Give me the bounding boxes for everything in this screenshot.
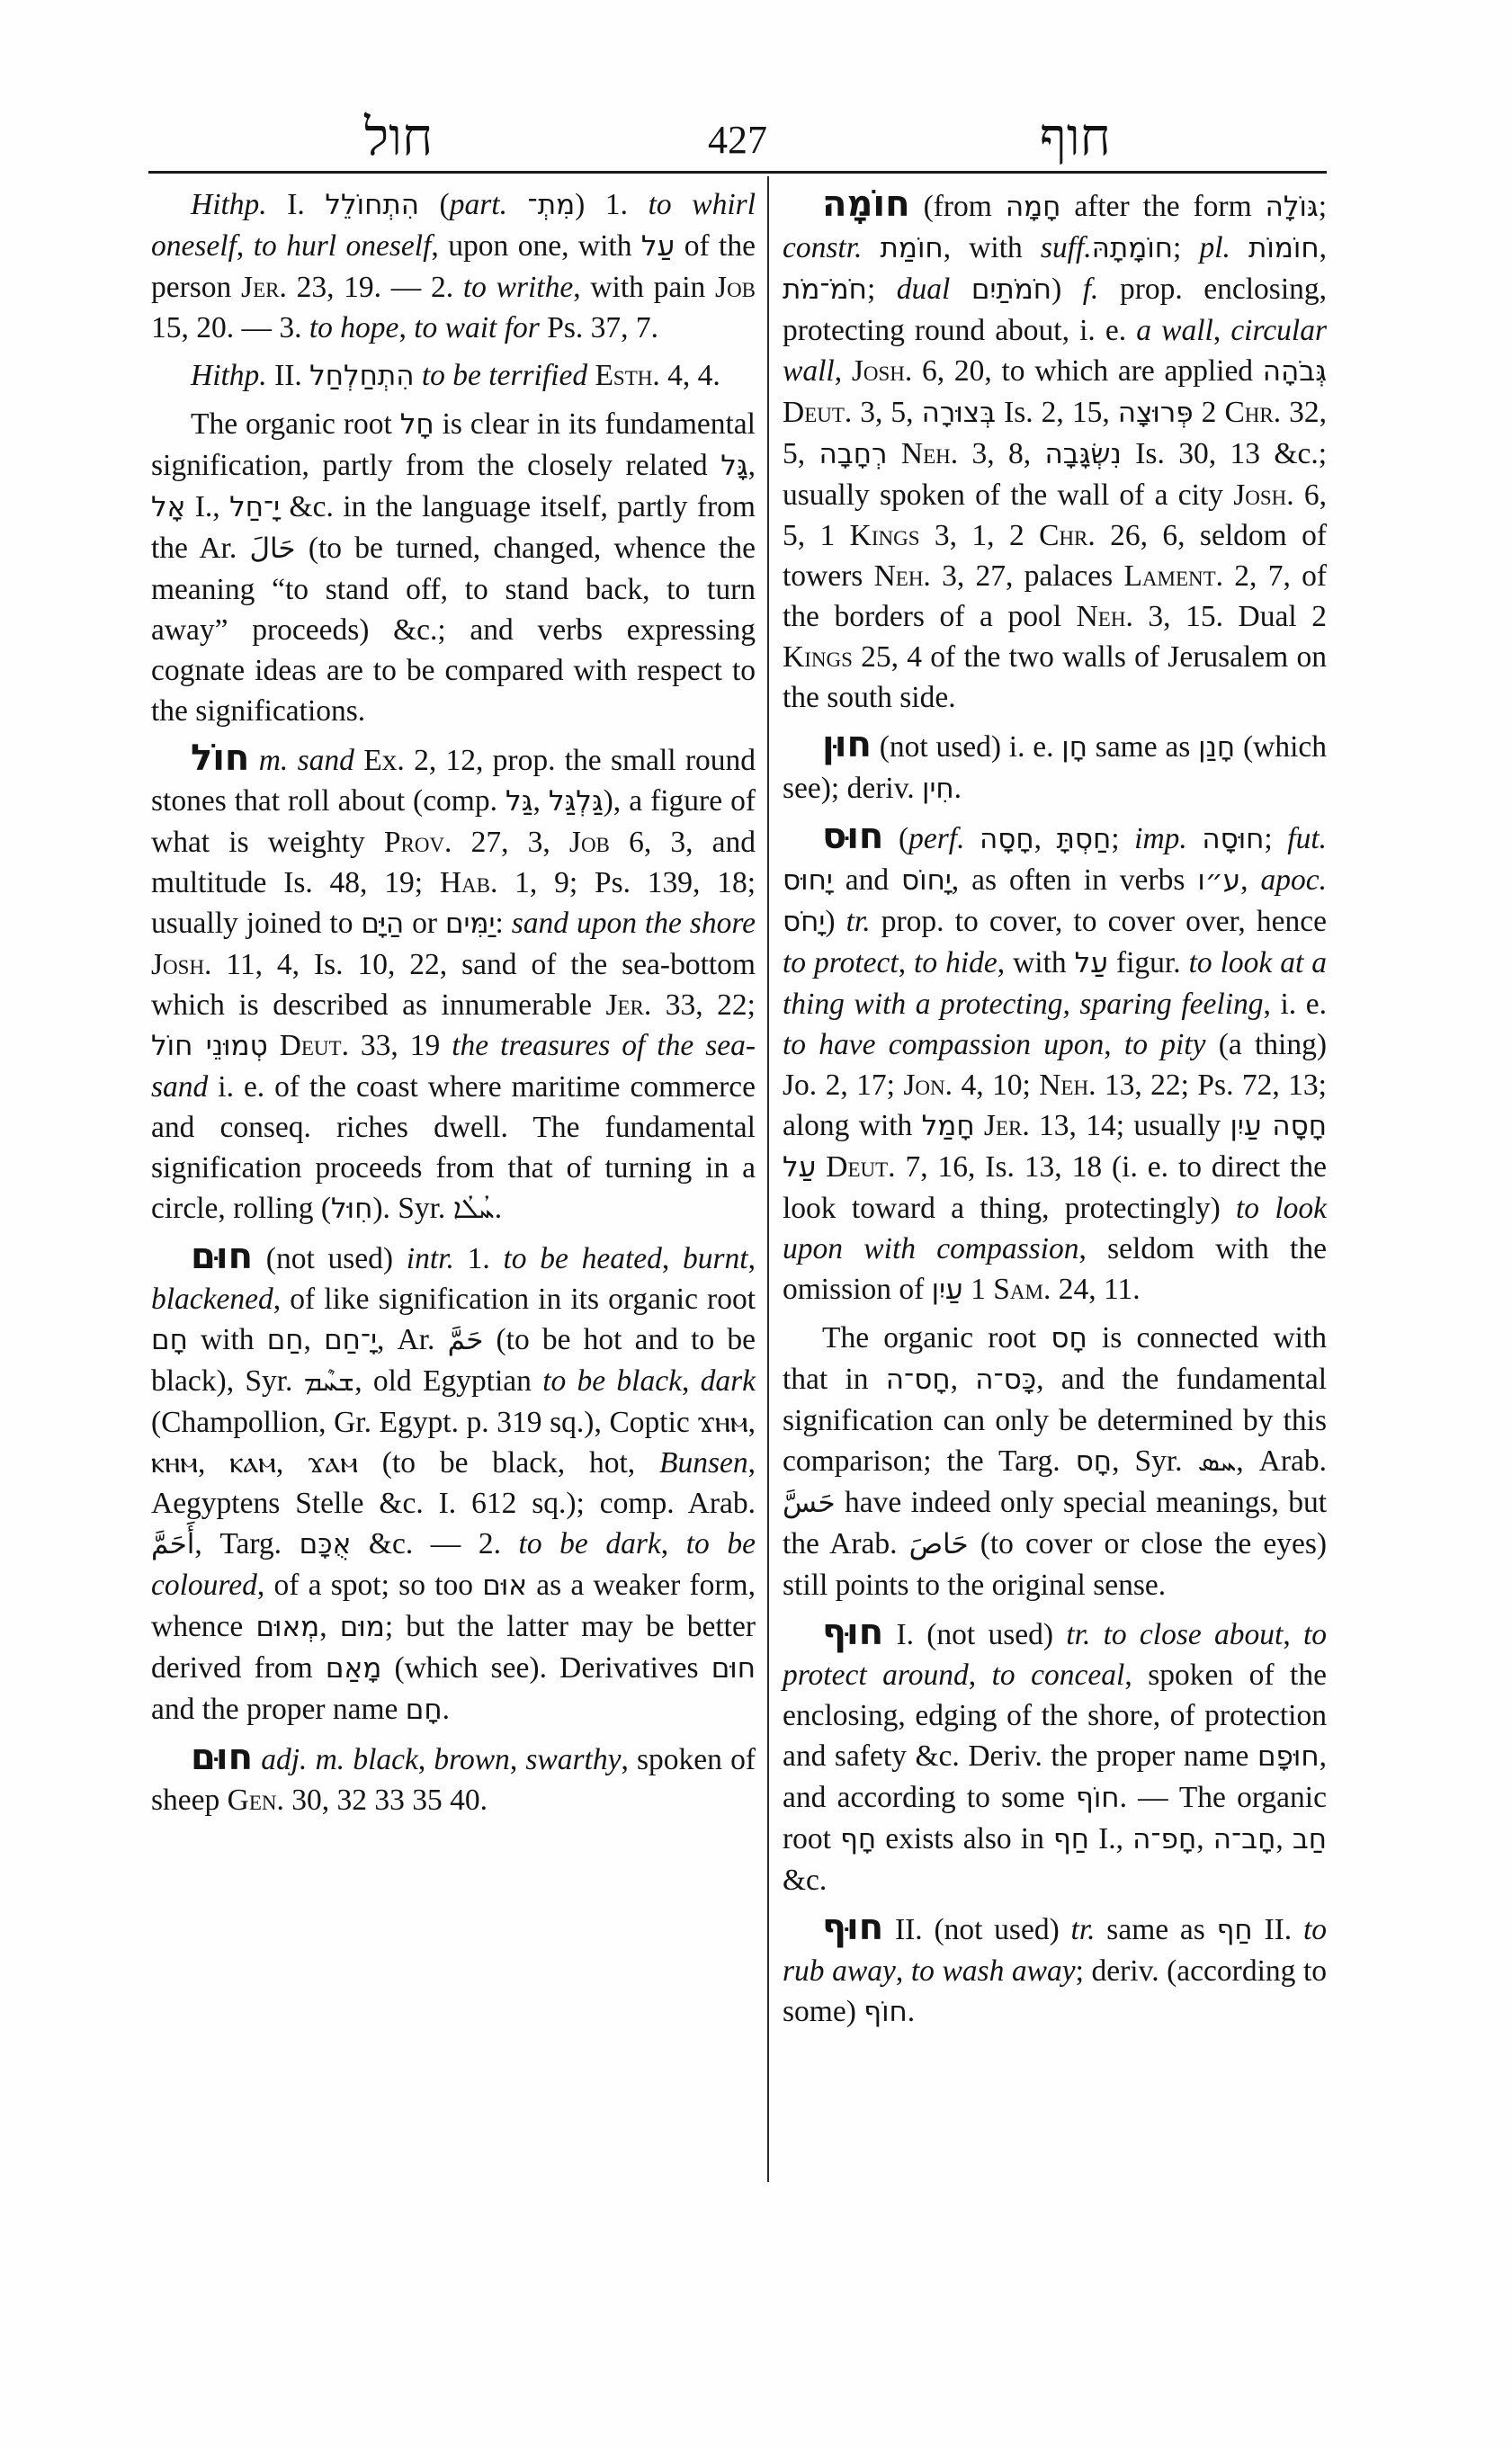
headword: חוּן [822, 724, 872, 765]
italic-gloss: apoc. [1261, 863, 1328, 897]
entry-text: ) [825, 905, 845, 938]
cognate-word: حَاصَ [909, 1528, 969, 1560]
book-reference: Kings [850, 519, 920, 552]
entry-text: 4, 4. [660, 359, 720, 392]
entry-text: , [237, 229, 254, 263]
entry-text: II. [1253, 1913, 1303, 1946]
headword: חוּם [191, 1236, 253, 1277]
hebrew-word: אוּם [482, 1569, 527, 1602]
entry-text [816, 1150, 826, 1184]
entry-text: . [443, 1693, 450, 1726]
italic-gloss: adj. m. black [261, 1743, 418, 1776]
entry-text: (which see). Derivatives [381, 1651, 711, 1685]
right-catchword: חוף [1040, 106, 1111, 167]
book-reference: Chr. [1039, 519, 1096, 552]
entry-text: , [319, 1610, 340, 1643]
italic-gloss: to be dark [519, 1527, 661, 1560]
book-reference: Kings [783, 640, 853, 674]
hebrew-word: חָנַן [1198, 731, 1235, 764]
book-reference: Josh. [151, 948, 211, 981]
entry-text: , i. e. [1264, 988, 1327, 1021]
dictionary-entry: The organic root חָל is clear in its fun… [151, 404, 756, 731]
dictionary-entry: Hithp. II. הִתְחַלְחַל to be terrified E… [151, 355, 756, 397]
dictionary-entry: חוֹמָה (from חָמָה after the form גּוֹלָ… [783, 184, 1327, 718]
entry-text: prop. to cover, to cover over, hence [871, 905, 1327, 938]
entry-text: (from [910, 190, 1006, 223]
book-reference: Lament. [1123, 559, 1223, 593]
entry-text: and [833, 863, 901, 897]
italic-gloss: to wash away [911, 1954, 1076, 1988]
italic-gloss: to conceal [992, 1659, 1125, 1692]
entry-text: , [532, 784, 548, 818]
entry-text [887, 437, 900, 470]
entry-text [950, 273, 971, 306]
hebrew-word: כָּס־ה [975, 1364, 1036, 1396]
entry-text: 1. [454, 1242, 504, 1275]
entry-text: The organic root [191, 407, 400, 441]
entry-text [1187, 822, 1203, 855]
entry-text: , [896, 1954, 911, 1988]
entry-text: , [1196, 1822, 1212, 1855]
hebrew-word: פְּרוּצָה [1118, 397, 1194, 429]
hebrew-word: נִשְׂגָּבָה [1045, 438, 1122, 470]
italic-gloss: to be heated [503, 1242, 661, 1275]
headword: חוּף [822, 1612, 883, 1653]
page-number: 427 [148, 117, 1327, 163]
entry-text: I. (not used) [883, 1618, 1066, 1651]
entry-text: &c. [783, 1864, 827, 1897]
entry-text: ; [1173, 231, 1199, 264]
book-reference: Job [569, 826, 610, 859]
entry-text: same as [1096, 1913, 1217, 1946]
hebrew-word: הִתְחַלְחַל [309, 360, 414, 392]
hebrew-word: חוֹף [863, 1996, 908, 2028]
hebrew-word: חָמָה [1006, 191, 1061, 223]
book-reference: Jon. [903, 1069, 953, 1102]
cognate-word: ܚܣ [1198, 1445, 1237, 1478]
dictionary-entry: חוּם adj. m. black, brown, swarthy, spok… [151, 1738, 756, 1820]
book-reference: Neh. [1077, 600, 1133, 633]
italic-gloss: blackened [151, 1283, 273, 1316]
italic-gloss: intr. [407, 1242, 454, 1275]
book-reference: Josh. [852, 354, 912, 388]
italic-gloss: to be terrified [422, 359, 587, 392]
dictionary-entry: The organic root חָס is connected with t… [783, 1318, 1327, 1605]
running-head: חול 427 חוף [148, 106, 1327, 169]
book-reference: Josh. [1233, 478, 1293, 512]
hebrew-word: מְאוּם [255, 1611, 319, 1643]
entry-text: Is. 2, 15, [996, 396, 1118, 429]
entry-text: (not used) [253, 1242, 407, 1275]
hebrew-word: גּוֹלָה [1266, 191, 1319, 223]
entry-text: ( [883, 822, 908, 855]
entry-text: 3, 8, [958, 437, 1044, 470]
entry-text: figur. [1108, 946, 1189, 979]
entry-text: , [1275, 1822, 1292, 1855]
hebrew-word: חָב־ה [1213, 1823, 1276, 1855]
entry-text: 27, 3, [452, 826, 568, 859]
italic-gloss: to hide [914, 946, 998, 979]
entry-text: , [661, 1527, 686, 1560]
entry-text: , [969, 1659, 992, 1692]
entry-text: ; [1111, 822, 1134, 855]
entry-text: 30, 32 33 35 40. [284, 1784, 488, 1817]
italic-gloss: to be black [542, 1364, 682, 1398]
hebrew-word: מוּם [340, 1611, 385, 1643]
entry-text [964, 822, 980, 855]
entry-text: , Ar. [377, 1323, 448, 1356]
entry-text: I., [185, 490, 229, 523]
hebrew-word: יָ־חַל [229, 491, 280, 523]
entry-text: , with [944, 231, 1041, 264]
dictionary-entry: חוֹל m. sand Ex. 2, 12, prop. the small … [151, 738, 756, 1229]
headword: חוּם [191, 1737, 253, 1778]
book-reference: Prov. [384, 826, 452, 859]
dictionary-entry: חוּן (not used) i. e. חָן same as חָנַן … [783, 725, 1327, 809]
book-reference: Job [715, 271, 756, 304]
entry-text [253, 1743, 261, 1776]
entry-text: 3, 27, palaces [931, 559, 1124, 593]
entry-text: exists also in [876, 1822, 1053, 1855]
italic-gloss: burnt [683, 1242, 748, 1275]
italic-gloss: constr. [783, 231, 862, 264]
book-reference: Sam. [993, 1273, 1051, 1306]
hebrew-word: חוּסָה [1202, 823, 1264, 855]
entry-text: , old Egyptian [354, 1364, 542, 1398]
book-reference: Neh. [874, 559, 931, 593]
entry-text: and the proper name [151, 1693, 406, 1726]
book-reference: Jer. [241, 271, 287, 304]
hebrew-word: חַף [1053, 1823, 1089, 1855]
italic-gloss: fut. [1287, 822, 1327, 855]
italic-gloss: pl. [1199, 231, 1230, 264]
dictionary-entry: חוּף I. (not used) tr. to close about, t… [783, 1613, 1327, 1900]
italic-gloss: perf. [908, 822, 964, 855]
hebrew-word: גַּל [505, 785, 532, 818]
entry-text: 13, 14; usually [1030, 1109, 1230, 1142]
italic-gloss: a wall [1136, 314, 1213, 347]
hebrew-word: אֻכָּם [300, 1528, 352, 1560]
headword: חוּס [822, 816, 883, 857]
cognate-word: ܚܳܠܳܐ [453, 1193, 495, 1225]
entry-text: , upon one, with [431, 229, 641, 263]
italic-gloss: imp. [1134, 822, 1187, 855]
right-column: חוֹמָה (from חָמָה after the form גּוֹלָ… [783, 184, 1327, 2040]
entry-text: I., [1089, 1822, 1132, 1855]
book-reference: Chr. [1224, 396, 1281, 429]
entry-text: 4, 10; [953, 1069, 1039, 1102]
entry-text: , with pain [573, 271, 715, 304]
italic-gloss: to close about [1104, 1618, 1284, 1651]
hebrew-word: מִתְ־ [528, 189, 576, 221]
book-reference: Neh. [901, 437, 958, 470]
hebrew-word: עַיִן [932, 1274, 963, 1306]
italic-gloss: to hurl oneself [254, 229, 432, 263]
hebrew-word: חָפ־ה [1132, 1823, 1196, 1855]
hebrew-word: חַם [267, 1324, 304, 1356]
entry-text: 2 [1194, 396, 1225, 429]
entry-text: , [1320, 231, 1327, 264]
headword: חוּף [822, 1907, 883, 1948]
cognate-word: أَحَمَّ [151, 1528, 194, 1560]
hebrew-word: חוֹמָתָהּ [1092, 232, 1173, 264]
hebrew-word: רְחָבָה [819, 438, 888, 470]
entry-text: or [404, 907, 445, 940]
cognate-word: حَالَ [249, 532, 295, 565]
entry-text: , [1283, 1618, 1303, 1651]
book-reference: Esth. [595, 359, 659, 392]
hebrew-word: חַסְתָּ [1057, 823, 1112, 855]
book-reference: Jer. [984, 1109, 1030, 1142]
entry-text [862, 231, 880, 264]
italic-gloss: m. sand [259, 744, 354, 777]
dictionary-entry: חוּף II. (not used) tr. same as חַף II. … [783, 1908, 1327, 2033]
entry-text: 3, 1, 2 [920, 519, 1040, 552]
entry-text: Ps. 37, 7. [540, 311, 658, 344]
italic-gloss: to protect [783, 946, 899, 979]
left-column: Hithp. I. הִתְחוֹלֵל (part. מִתְ־) 1. to… [151, 184, 756, 1828]
entry-text: same as [1087, 730, 1198, 764]
hebrew-word: חוּפָם [1257, 1740, 1320, 1773]
entry-text: 3, 5, [852, 396, 921, 429]
entry-text: 33, 22; [651, 988, 756, 1022]
hebrew-word: חָן [1061, 731, 1087, 764]
entry-text: ; [1264, 822, 1287, 855]
headword: חוֹמָה [822, 183, 910, 225]
entry-text: The organic root [822, 1321, 1051, 1355]
hebrew-word: חַף [1217, 1914, 1253, 1946]
entry-text: , Syr. [1112, 1444, 1198, 1478]
hebrew-word: חָם [151, 1324, 188, 1356]
italic-gloss: dark [701, 1364, 756, 1398]
entry-text: 33, 19 [349, 1029, 452, 1062]
entry-text: , [835, 354, 852, 388]
hebrew-word: חָף [840, 1823, 876, 1855]
hebrew-word: ע״ו [1197, 864, 1240, 897]
hebrew-word: יָ־חַם [324, 1324, 377, 1356]
hebrew-word: יָחוֹס [901, 864, 952, 897]
italic-gloss: to writhe [463, 271, 573, 304]
entry-text: , as often in verbs [952, 863, 1198, 897]
hebrew-word: חָס [1051, 1322, 1087, 1355]
entry-text [249, 744, 258, 777]
hebrew-word: חָל [400, 408, 434, 441]
italic-gloss: tr. [1071, 1913, 1096, 1946]
dictionary-entry: חוּס (perf. חָסָה, חַסְתָּ; imp. חוּסָה;… [783, 817, 1327, 1310]
cognate-word: ܫܚܶܡ [304, 1365, 355, 1398]
hebrew-word: יָחֹס [783, 906, 825, 938]
entry-text: , of like signification in its organic r… [273, 1283, 756, 1316]
hebrew-word: גָּל [720, 450, 747, 482]
entry-text: &c. — 2. [351, 1527, 518, 1560]
entry-text: ( [419, 188, 450, 221]
italic-gloss: f. [1083, 273, 1099, 306]
entry-text: ; [867, 273, 897, 306]
hebrew-word: אָל [151, 491, 185, 523]
entry-text: 6, 20, to which are applied [912, 354, 1263, 388]
book-reference: Deut. [826, 1150, 895, 1184]
entry-text: , [682, 1364, 701, 1398]
entry-text: (not used) i. e. [872, 730, 1061, 764]
entry-text: 15, 20. — 3. [151, 311, 309, 344]
hebrew-word: חוֹף [1076, 1782, 1120, 1814]
entry-text: , [1213, 314, 1230, 347]
hebrew-word: חוֹמוֹת [1248, 232, 1320, 264]
italic-gloss: part. [450, 188, 507, 221]
entry-text: , Targ. [194, 1527, 299, 1560]
entry-text: , [662, 1242, 683, 1275]
hebrew-word: חִין [922, 773, 954, 805]
hebrew-word: יָחוּס [783, 864, 833, 897]
italic-gloss: brown [434, 1743, 509, 1776]
dictionary-entry: חוּם (not used) intr. 1. to be heated, b… [151, 1237, 756, 1730]
hebrew-word: חָסָה [980, 823, 1034, 855]
cognate-word: حَسَّ [783, 1487, 836, 1519]
entry-text: 3, 15. Dual 2 [1133, 600, 1327, 633]
hebrew-word: יַמִּים [445, 908, 496, 940]
italic-gloss: Hithp. [191, 188, 267, 221]
hebrew-word: חוֹמַת [881, 232, 944, 264]
entry-text: 25, 4 of the two walls of Jerusalem on t… [783, 640, 1327, 714]
hebrew-word: מָאַם [326, 1652, 381, 1685]
entry-text: , [418, 1743, 434, 1776]
italic-gloss: suff. [1041, 231, 1092, 264]
book-reference: Jer. [605, 988, 651, 1022]
book-reference: Deut. [783, 396, 852, 429]
book-reference: Gen. [228, 1784, 284, 1817]
cognate-word: حَمَّ [448, 1324, 484, 1356]
hebrew-word: חַב [1293, 1823, 1327, 1855]
entry-text: , of a spot; so too [257, 1569, 482, 1602]
hebrew-word: חֹמֹ־מֹת [783, 273, 867, 306]
entry-text: , [304, 1323, 325, 1356]
entry-text: 23, 19. — 2. [287, 271, 463, 304]
entry-text: : [495, 907, 511, 940]
hebrew-word: גְּבֹהָה [1263, 355, 1327, 388]
hebrew-word: הִתְחוֹלֵל [325, 189, 419, 221]
entry-text: , [1034, 822, 1057, 855]
hebrew-word: הַיָּם [361, 908, 404, 940]
italic-gloss: Bunsen [659, 1446, 748, 1480]
entry-text [975, 1109, 984, 1142]
entry-text: after the form [1060, 190, 1265, 223]
entry-text [507, 188, 528, 221]
entry-text: ) 1. [575, 188, 648, 221]
entry-text: I. [267, 188, 326, 221]
book-reference: Hab. [440, 866, 498, 899]
entry-text: , [748, 449, 756, 482]
dictionary-page: חול 427 חוף Hithp. I. הִתְחוֹלֵל (part. … [0, 0, 1512, 2450]
entry-text: . [495, 1192, 502, 1225]
header-rule [148, 171, 1327, 174]
entry-text: , with [998, 946, 1075, 979]
dictionary-entry: Hithp. I. הִתְחוֹלֵל (part. מִתְ־) 1. to… [151, 184, 756, 348]
entry-text: 1 [963, 1273, 994, 1306]
book-reference: Deut. [280, 1029, 349, 1062]
italic-gloss: dual [897, 273, 951, 306]
italic-gloss: sand upon the shore [512, 907, 756, 940]
entry-text: , [398, 311, 414, 344]
italic-gloss: Hithp. [191, 359, 267, 392]
entry-text: . [908, 1995, 915, 2028]
hebrew-word: חָס־ה [886, 1364, 951, 1396]
entry-text: with [188, 1323, 267, 1356]
entry-text: ; [1319, 190, 1327, 223]
italic-gloss: tr. [846, 905, 871, 938]
entry-text: , [1104, 1028, 1124, 1061]
hebrew-word: חֹמֹתַיִם [971, 273, 1051, 306]
entry-text [1230, 231, 1248, 264]
entry-text [268, 1029, 280, 1062]
entry-text: , [510, 1743, 526, 1776]
italic-gloss: to wait for [414, 311, 540, 344]
entry-text [1090, 1618, 1103, 1651]
hebrew-word: עַל [641, 230, 675, 263]
entry-text: II. [267, 359, 309, 392]
entry-text: 24, 11. [1051, 1273, 1140, 1306]
entry-text: ) [1051, 273, 1083, 306]
hebrew-word: בְּצוּרָה [922, 397, 997, 429]
hebrew-word: חִוּל [331, 1193, 372, 1225]
italic-gloss: to have compassion upon [783, 1028, 1104, 1061]
book-reference: Neh. [1039, 1069, 1096, 1102]
entry-text: , [1240, 863, 1260, 897]
hebrew-word: טְמוּנֵי חוֹל [151, 1030, 268, 1062]
italic-gloss: to hope [309, 311, 399, 344]
italic-gloss: tr. [1066, 1618, 1090, 1651]
hebrew-word: גַּלְגַּל [549, 785, 604, 818]
italic-gloss: swarthy [525, 1743, 621, 1776]
entry-text: , Arab. [1236, 1444, 1327, 1478]
entry-text [415, 359, 422, 392]
hebrew-word: חָמַל [922, 1110, 975, 1142]
column-divider [767, 176, 769, 2182]
italic-gloss: to pity [1124, 1028, 1206, 1061]
entry-text: ). Syr. [372, 1192, 452, 1225]
entry-text: , [748, 1242, 756, 1275]
entry-text: , [899, 946, 914, 979]
hebrew-word: חָס [1076, 1445, 1112, 1478]
entry-text: . [954, 772, 962, 805]
hebrew-word: עַל [1075, 947, 1108, 979]
hebrew-word: חוּם [711, 1652, 756, 1685]
headword: חוֹל [191, 738, 249, 779]
entry-text: II. (not used) [883, 1913, 1070, 1946]
entry-text: , [951, 1363, 976, 1396]
hebrew-word: חָם [406, 1694, 443, 1726]
